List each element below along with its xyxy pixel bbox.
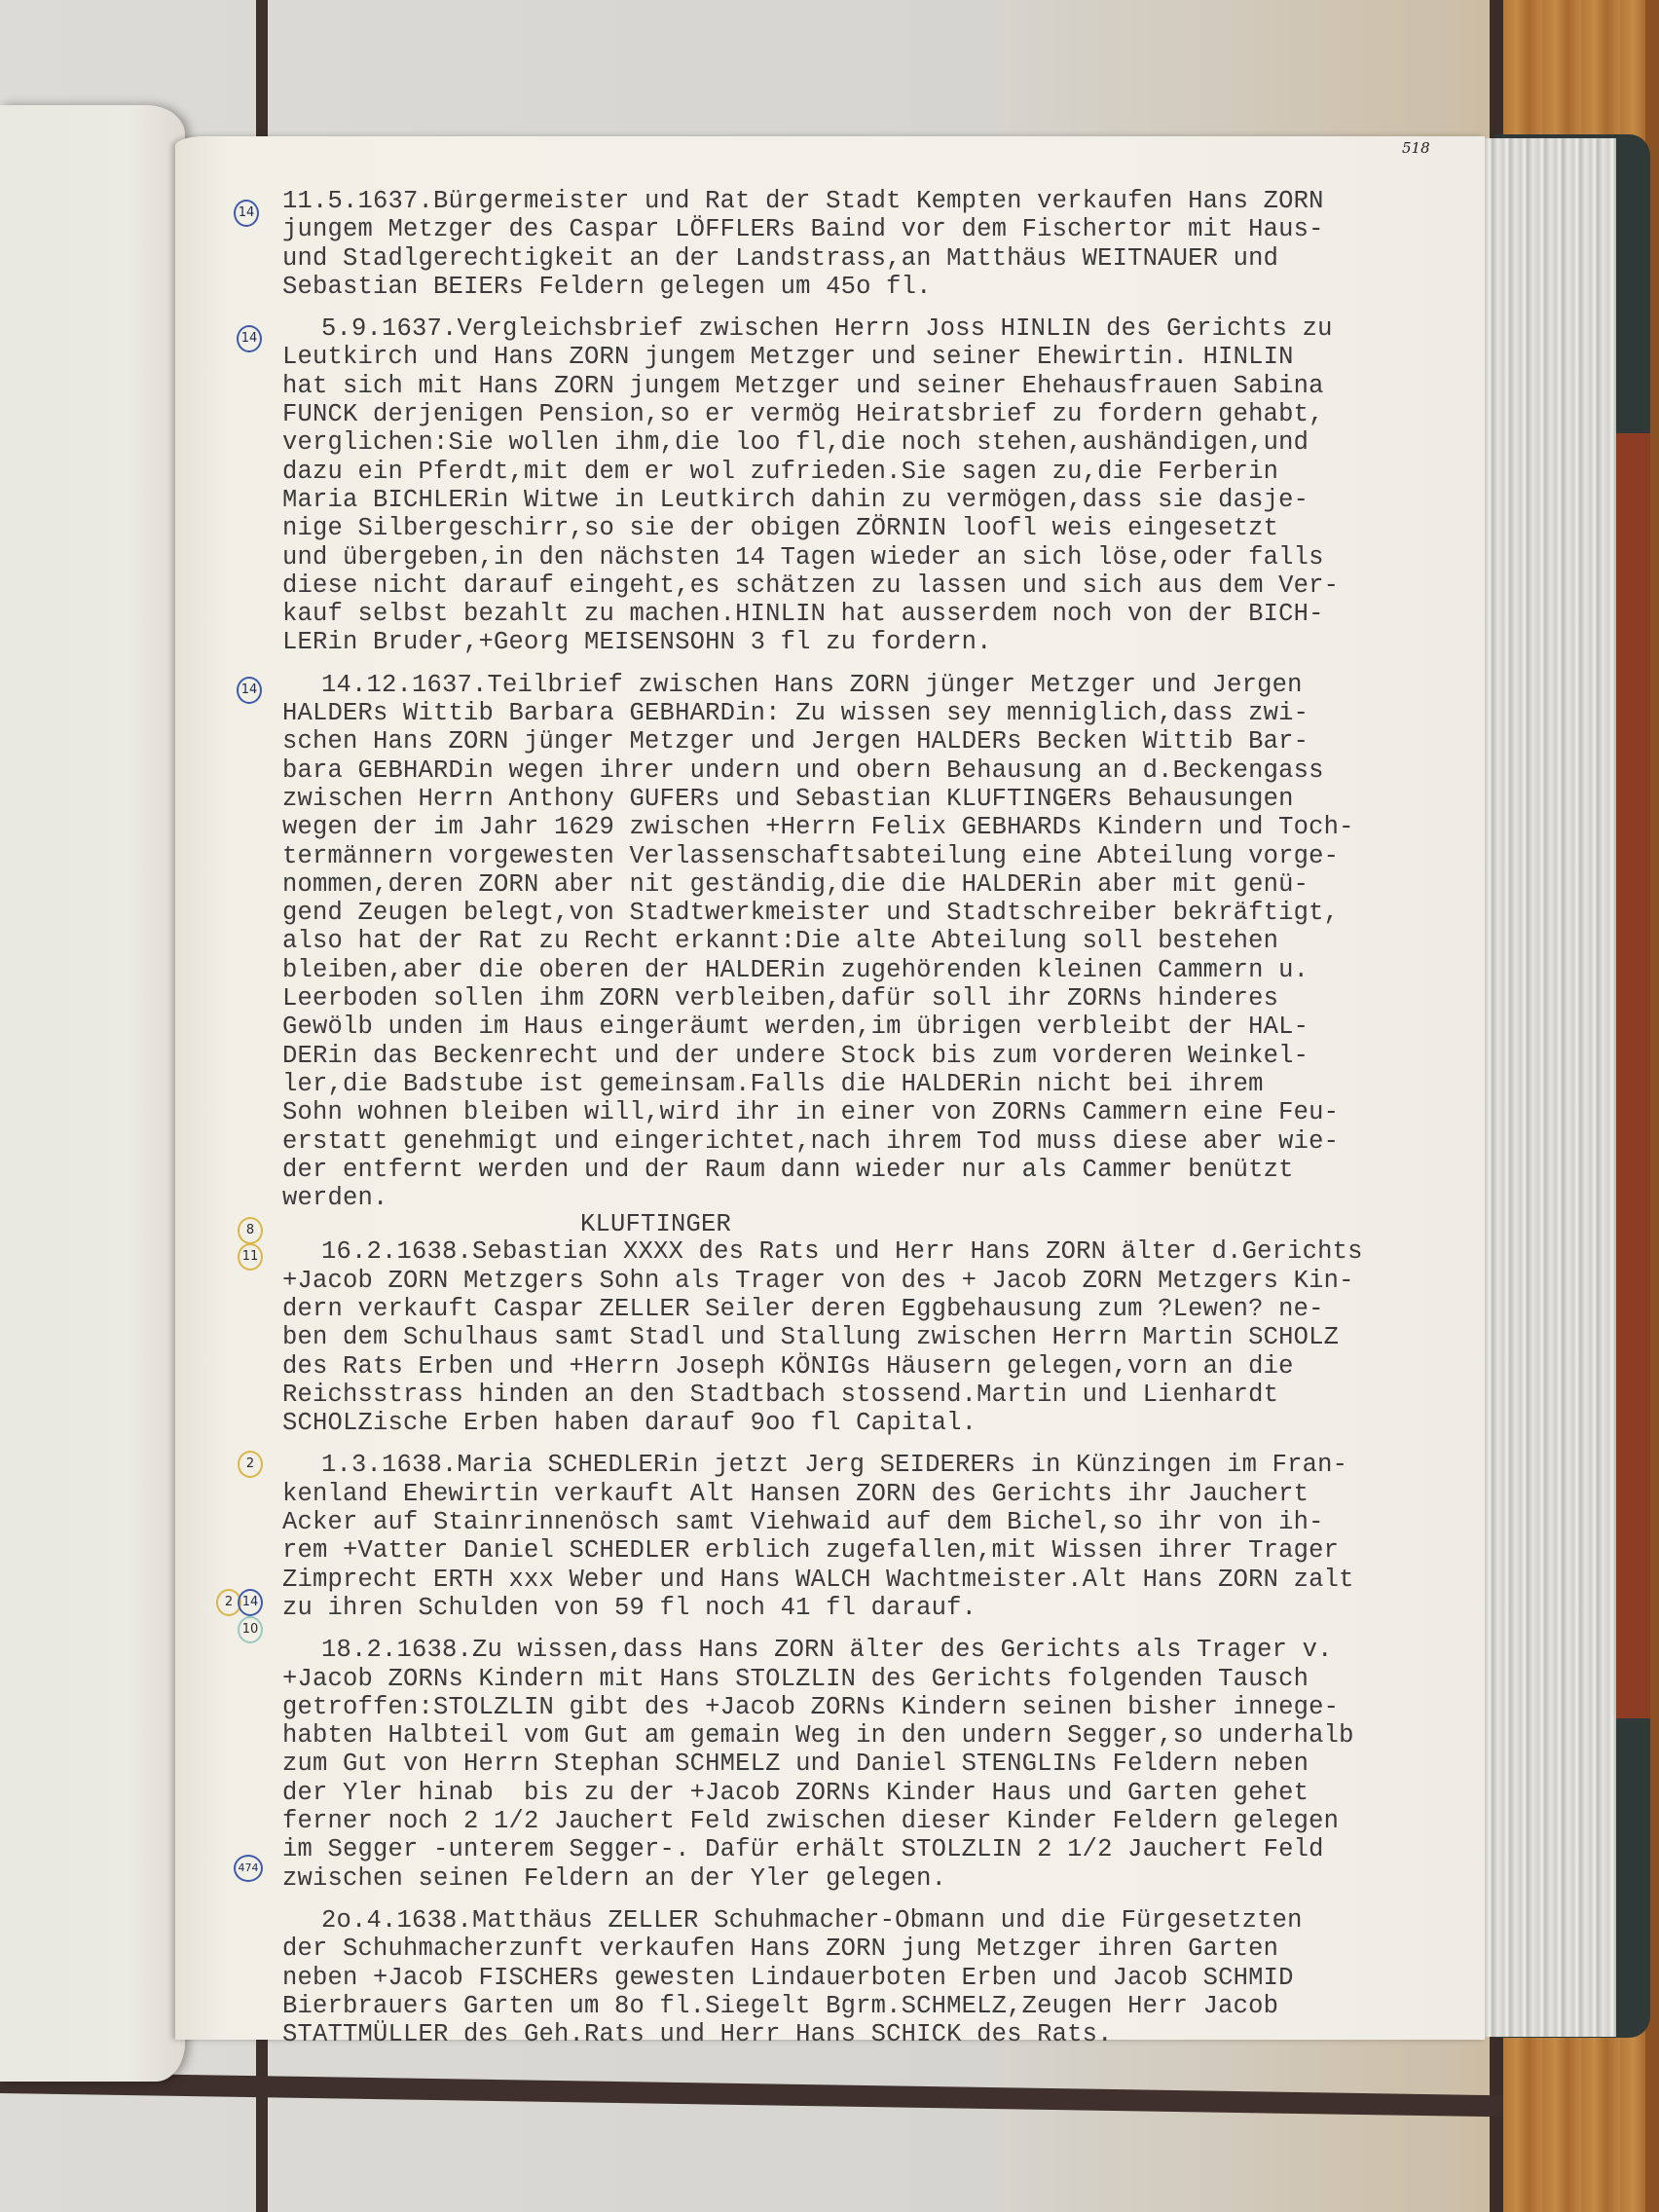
text-line: Bierbrauers Garten um 8o fl.Siegelt Bgrm… — [282, 1992, 1480, 2020]
margin-mark-highlighted: 2 — [238, 1451, 263, 1478]
record-entry: 5.9.1637.Vergleichsbrief zwischen Herrn … — [282, 314, 1480, 657]
text-line: Maria BICHLERin Witwe in Leutkirch dahin… — [282, 486, 1480, 514]
text-line: Acker auf Stainrinnenösch samt Viehwaid … — [282, 1508, 1480, 1536]
text-line: gend Zeugen belegt,von Stadtwerkmeister … — [282, 899, 1480, 927]
text-line: 1.3.1638.Maria SCHEDLERin jetzt Jerg SEI… — [282, 1451, 1480, 1479]
text-line: SCHOLZische Erben haben darauf 9oo fl Ca… — [282, 1409, 1480, 1437]
margin-mark-circled: 14 — [238, 1589, 263, 1616]
record-entry: KLUFTINGER 16.2.1638.Sebastian XXXX des … — [282, 1212, 1480, 1437]
text-line: Reichsstrass hinden an den Stadtbach sto… — [282, 1381, 1480, 1409]
text-line: habten Halbteil vom Gut am gemain Weg in… — [282, 1721, 1480, 1750]
text-line: also hat der Rat zu Recht erkannt:Die al… — [282, 927, 1480, 955]
text-line: HALDERs Wittib Barbara GEBHARDin: Zu wis… — [282, 699, 1480, 727]
text-line: der Schuhmacherzunft verkaufen Hans ZORN… — [282, 1935, 1480, 1963]
text-line: 14.12.1637.Teilbrief zwischen Hans ZORN … — [282, 671, 1480, 699]
text-line: LERin Bruder,+Georg MEISENSOHN 3 fl zu f… — [282, 628, 1480, 656]
text-line: werden. — [282, 1184, 1480, 1212]
text-line: und übergeben,in den nächsten 14 Tagen w… — [282, 543, 1480, 571]
margin-mark-highlighted: 11 — [238, 1243, 263, 1271]
text-line: Sohn wohnen bleiben will,wird ihr in ein… — [282, 1098, 1480, 1126]
text-line: 18.2.1638.Zu wissen,dass Hans ZORN älter… — [282, 1636, 1480, 1664]
typed-transcript: 11.5.1637.Bürgermeister und Rat der Stad… — [282, 187, 1480, 2062]
margin-mark-circled: 14 — [237, 677, 262, 704]
text-line: DERin das Beckenrecht und der undere Sto… — [282, 1042, 1480, 1070]
text-line: kauf selbst bezahlt zu machen.HINLIN hat… — [282, 600, 1480, 628]
text-line: nige Silbergeschirr,so sie der obigen ZÖ… — [282, 514, 1480, 542]
text-line: Gewölb unden im Haus eingeräumt werden,i… — [282, 1013, 1480, 1041]
text-line: Zimprecht ERTH xxx Weber und Hans WALCH … — [282, 1566, 1480, 1594]
text-line: 16.2.1638.Sebastian XXXX des Rats und He… — [282, 1237, 1480, 1266]
text-line: zwischen seinen Feldern an der Yler gele… — [282, 1864, 1480, 1893]
text-line: des Rats Erben und +Herrn Joseph KÖNIGs … — [282, 1352, 1480, 1381]
text-line: nommen,deren ZORN aber nit geständig,die… — [282, 870, 1480, 899]
inserted-correction: KLUFTINGER — [282, 1212, 1480, 1237]
text-line: +Jacob ZORNs Kindern mit Hans STOLZLIN d… — [282, 1665, 1480, 1693]
page-number: 518 — [1402, 139, 1430, 157]
text-line: 5.9.1637.Vergleichsbrief zwischen Herrn … — [282, 314, 1480, 343]
text-line: diese nicht darauf eingeht,es schätzen z… — [282, 571, 1480, 600]
text-line: erstatt genehmigt und eingerichtet,nach … — [282, 1127, 1480, 1156]
text-line: 11.5.1637.Bürgermeister und Rat der Stad… — [282, 187, 1480, 215]
text-line: wegen der im Jahr 1629 zwischen +Herrn F… — [282, 813, 1480, 841]
text-line: Leutkirch und Hans ZORN jungem Metzger u… — [282, 343, 1480, 371]
text-line: Leerboden sollen ihm ZORN verbleiben,daf… — [282, 984, 1480, 1013]
margin-mark-circled: 14 — [234, 200, 259, 227]
text-line: und Stadlgerechtigkeit an der Landstrass… — [282, 244, 1480, 273]
text-line: kenland Ehewirtin verkauft Alt Hansen ZO… — [282, 1480, 1480, 1508]
text-line: rem +Vatter Daniel SCHEDLER erblich zuge… — [282, 1536, 1480, 1565]
margin-mark-circled: 474 — [234, 1855, 263, 1882]
record-entry: 2o.4.1638.Matthäus ZELLER Schuhmacher-Ob… — [282, 1906, 1480, 2048]
margin-mark-circled: 14 — [237, 325, 262, 352]
text-line: zum Gut von Herrn Stephan SCHMELZ und Da… — [282, 1750, 1480, 1778]
text-line: der Yler hinab bis zu der +Jacob ZORNs K… — [282, 1779, 1480, 1807]
text-line: bara GEBHARDin wegen ihrer undern und ob… — [282, 756, 1480, 785]
text-line: zwischen Herrn Anthony GUFERs und Sebast… — [282, 785, 1480, 813]
margin-mark-highlighted: 10 — [238, 1616, 263, 1643]
text-line: Sebastian BEIERs Feldern gelegen um 45o … — [282, 273, 1480, 301]
text-line: dazu ein Pferdt,mit dem er wol zufrieden… — [282, 458, 1480, 486]
text-line: hat sich mit Hans ZORN jungem Metzger un… — [282, 372, 1480, 400]
text-line: ben dem Schulhaus samt Stadl und Stallun… — [282, 1323, 1480, 1351]
text-line: termännern vorgewesten Verlassenschaftsa… — [282, 842, 1480, 870]
text-line: dern verkauft Caspar ZELLER Seiler deren… — [282, 1295, 1480, 1323]
text-line: getroffen:STOLZLIN gibt des +Jacob ZORNs… — [282, 1693, 1480, 1721]
margin-mark-highlighted: 8 — [238, 1217, 263, 1244]
text-line: bleiben,aber die oberen der HALDERin zug… — [282, 956, 1480, 984]
text-line: der entfernt werden und der Raum dann wi… — [282, 1156, 1480, 1184]
text-line: verglichen:Sie wollen ihm,die loo fl,die… — [282, 428, 1480, 457]
text-line: neben +Jacob FISCHERs gewesten Lindauerb… — [282, 1964, 1480, 1992]
text-line: 2o.4.1638.Matthäus ZELLER Schuhmacher-Ob… — [282, 1906, 1480, 1935]
left-book-page — [0, 105, 185, 2082]
book-cover-leather-spine — [1616, 433, 1650, 1718]
text-line: ferner noch 2 1/2 Jauchert Feld zwischen… — [282, 1807, 1480, 1835]
record-entry: 18.2.1638.Zu wissen,dass Hans ZORN älter… — [282, 1636, 1480, 1893]
text-line: schen Hans ZORN jünger Metzger und Jerge… — [282, 727, 1480, 756]
text-line: im Segger -unterem Segger-. Dafür erhält… — [282, 1835, 1480, 1863]
text-line: STATTMÜLLER des Geh.Rats und Herr Hans S… — [282, 2020, 1480, 2048]
text-line: ler,die Badstube ist gemeinsam.Falls die… — [282, 1070, 1480, 1098]
text-line: jungem Metzger des Caspar LÖFFLERs Baind… — [282, 215, 1480, 243]
text-line: +Jacob ZORN Metzgers Sohn als Trager von… — [282, 1267, 1480, 1295]
record-entry: 1.3.1638.Maria SCHEDLERin jetzt Jerg SEI… — [282, 1451, 1480, 1622]
record-entry: 11.5.1637.Bürgermeister und Rat der Stad… — [282, 187, 1480, 301]
text-line: zu ihren Schulden von 59 fl noch 41 fl d… — [282, 1594, 1480, 1622]
record-entry: 14.12.1637.Teilbrief zwischen Hans ZORN … — [282, 671, 1480, 1213]
text-line: FUNCK derjenigen Pension,so er vermög He… — [282, 400, 1480, 428]
book-page-edges — [1480, 138, 1616, 2037]
